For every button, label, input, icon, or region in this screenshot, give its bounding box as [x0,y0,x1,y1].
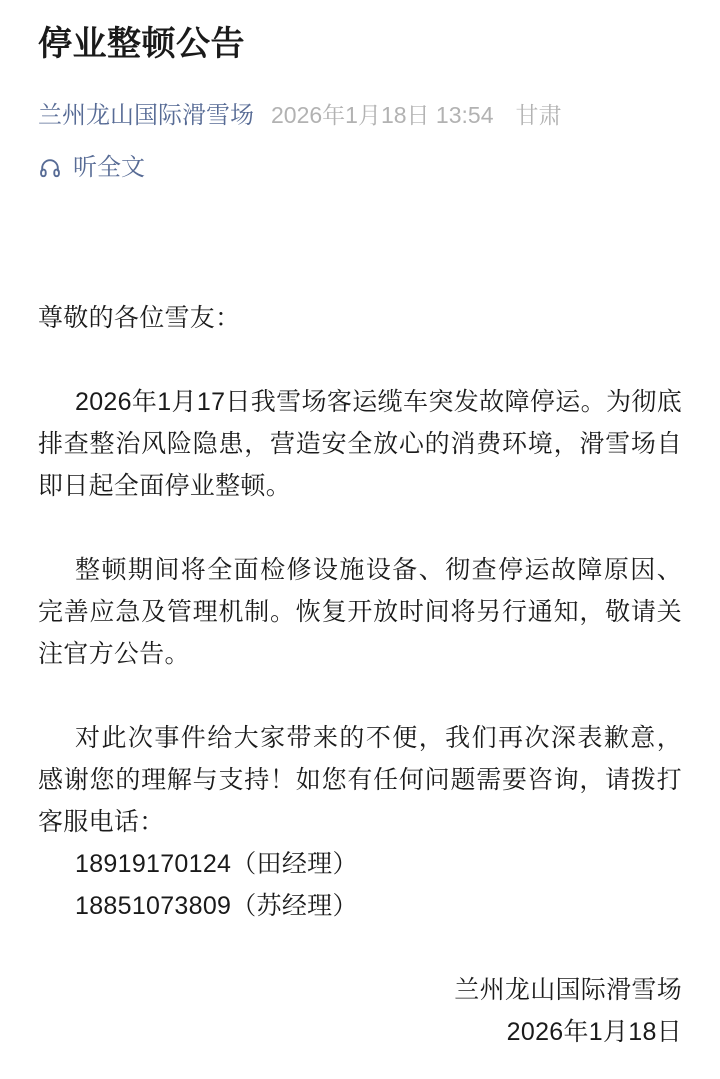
signature-date: 2026年1月18日 [38,1011,682,1053]
paragraph-3: 对此次事件给大家带来的不便，我们再次深表歉意，感谢您的理解与支持！如您有任何问题… [38,717,682,843]
publish-time: 2026年1月18日 13:54 [271,100,494,130]
page-title: 停业整顿公告 [38,22,682,66]
signature-name: 兰州龙山国际滑雪场 [38,969,682,1011]
phone-line-2: 18851073809（苏经理） [38,885,682,927]
article-meta: 兰州龙山国际滑雪场 2026年1月18日 13:54 甘肃 [38,100,682,131]
article-page: 停业整顿公告 兰州龙山国际滑雪场 2026年1月18日 13:54 甘肃 听全文… [0,0,720,1079]
article-body: 尊敬的各位雪友： 2026年1月17日我雪场客运缆车突发故障停运。为彻底排查整治… [38,297,682,1053]
listen-full-text-button[interactable]: 听全文 [38,153,145,183]
listen-label: 听全文 [73,153,145,183]
account-name-link[interactable]: 兰州龙山国际滑雪场 [38,101,254,131]
paragraph-2: 整顿期间将全面检修设施设备、彻查停运故障原因、完善应急及管理机制。恢复开放时间将… [38,549,682,675]
headphone-icon [38,156,62,180]
salutation: 尊敬的各位雪友： [38,297,682,339]
paragraph-1: 2026年1月17日我雪场客运缆车突发故障停运。为彻底排查整治风险隐患，营造安全… [38,381,682,507]
publish-location: 甘肃 [516,100,562,130]
phone-line-1: 18919170124（田经理） [38,843,682,885]
